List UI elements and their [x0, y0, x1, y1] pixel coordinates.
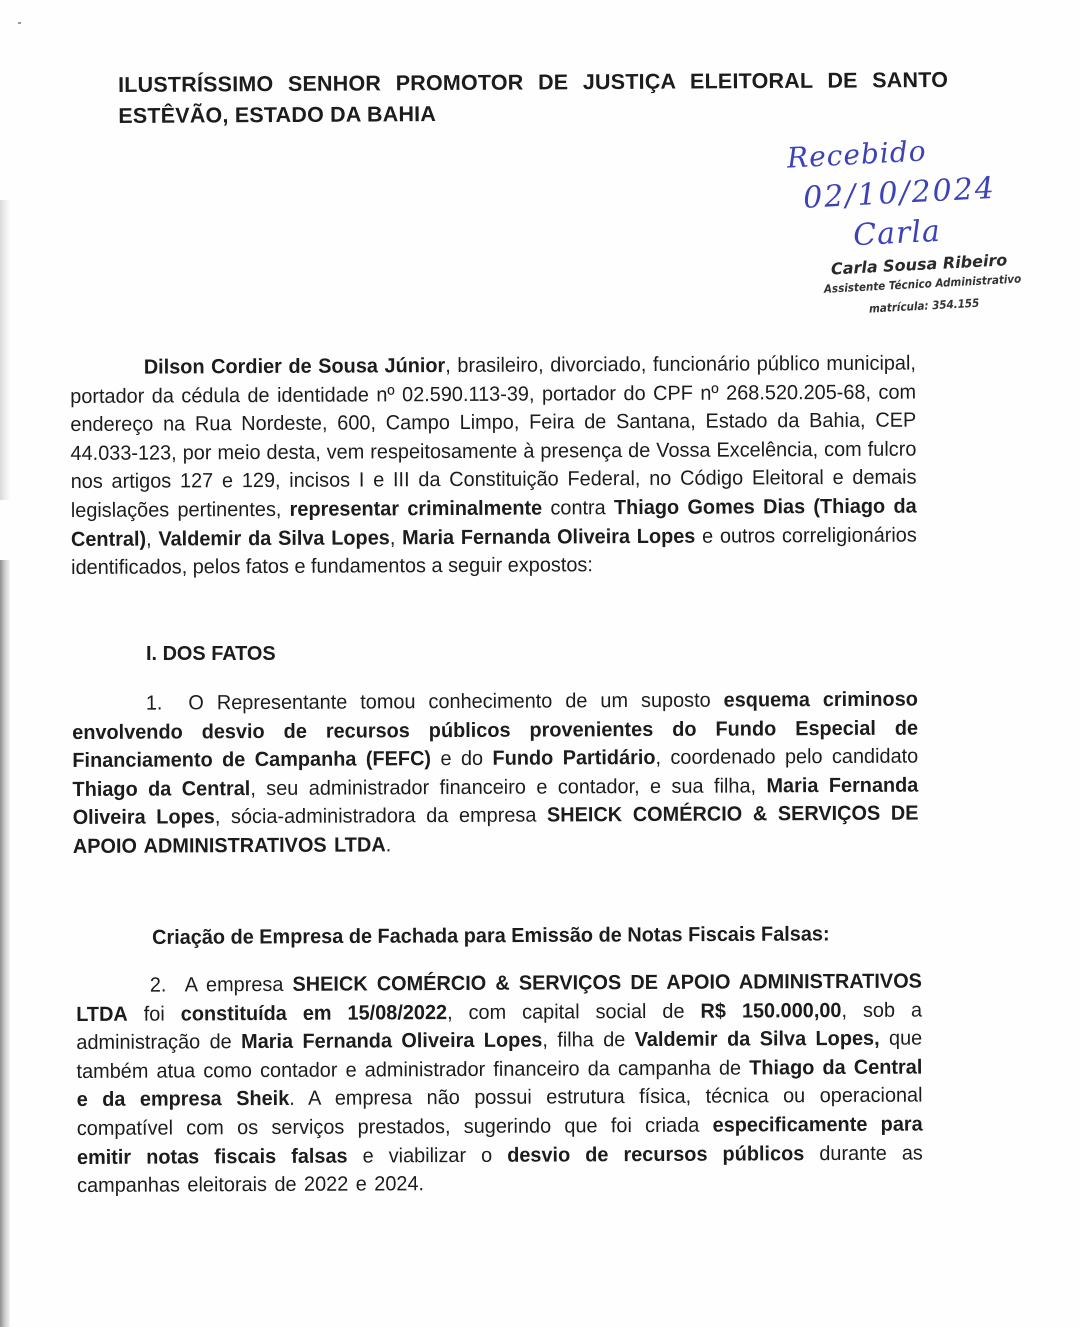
capital-amount: R$ 150.000,00: [700, 999, 841, 1023]
handwritten-signature: Carla: [852, 214, 941, 254]
emphasis-text: Maria Fernanda Oliveira Lopes: [241, 1029, 542, 1054]
scan-speck: [18, 22, 21, 24]
accused-name: Valdemir da Silva Lopes: [158, 526, 390, 550]
fact-paragraph-1: 1. O Representante tomou conhecimento de…: [72, 686, 919, 862]
subsection-title-shell-company: Criação de Empresa de Fachada para Emiss…: [152, 922, 830, 950]
stamp-officer-registration: matrícula: 354.155: [869, 296, 980, 316]
paragraph-text: , sócia-administradora da empresa: [215, 804, 547, 829]
emphasis-text: Valdemir da Silva Lopes,: [635, 1027, 880, 1051]
separator: ,: [390, 526, 402, 549]
emphasis-text: desvio de recursos públicos: [507, 1142, 804, 1167]
accused-name: Maria Fernanda Oliveira Lopes: [402, 524, 695, 549]
section-title-facts: I. DOS FATOS: [146, 642, 276, 666]
paragraph-text: , coordenado pelo candidato: [655, 745, 918, 769]
paragraph-text: , com capital social de: [447, 999, 701, 1023]
paragraph-text: O Representante tomou conhecimento de um…: [188, 689, 723, 715]
handwritten-received-label: Recebido: [786, 134, 927, 174]
paragraph-text: foi: [128, 1002, 181, 1025]
action-text: representar criminalmente: [290, 496, 543, 520]
receipt-stamp: Recebido 02/10/2024 Carla Carla Sousa Ri…: [780, 125, 1030, 337]
paragraph-text: , seu administrador financeiro e contado…: [250, 774, 766, 800]
scan-shadow-edge: [0, 200, 10, 500]
item-number: 2.: [150, 974, 167, 997]
author-name: Dilson Cordier de Sousa Júnior: [144, 354, 446, 379]
emphasis-text: Fundo Partidário: [492, 746, 655, 770]
handwritten-received-date: 02/10/2024: [802, 171, 996, 216]
fact-paragraph-2: 2. A empresa SHEICK COMÉRCIO & SERVIÇOS …: [76, 968, 923, 1201]
scan-shadow-edge: [0, 560, 10, 1327]
heading-line-2: ESTÊVÃO, ESTADO DA BAHIA: [118, 102, 436, 128]
paragraph-text: e do: [431, 747, 493, 770]
paragraph-text: A empresa: [185, 973, 293, 997]
paragraph-text: , filha de: [542, 1028, 634, 1051]
item-number: 1.: [146, 692, 163, 715]
paragraph-text: e viabilizar o: [348, 1143, 508, 1167]
document-addressee-heading: ILUSTRÍSSIMO SENHOR PROMOTOR DE JUSTIÇA …: [118, 65, 948, 132]
emphasis-text: constituída em 15/08/2022: [181, 1001, 447, 1025]
intro-text: contra: [542, 496, 614, 519]
intro-paragraph: Dilson Cordier de Sousa Júnior, brasilei…: [70, 350, 917, 583]
separator: ,: [146, 527, 158, 550]
paragraph-text: .: [386, 833, 392, 856]
heading-line-1: ILUSTRÍSSIMO SENHOR PROMOTOR DE JUSTIÇA …: [118, 65, 948, 101]
emphasis-text: Thiago da Central: [72, 777, 250, 801]
